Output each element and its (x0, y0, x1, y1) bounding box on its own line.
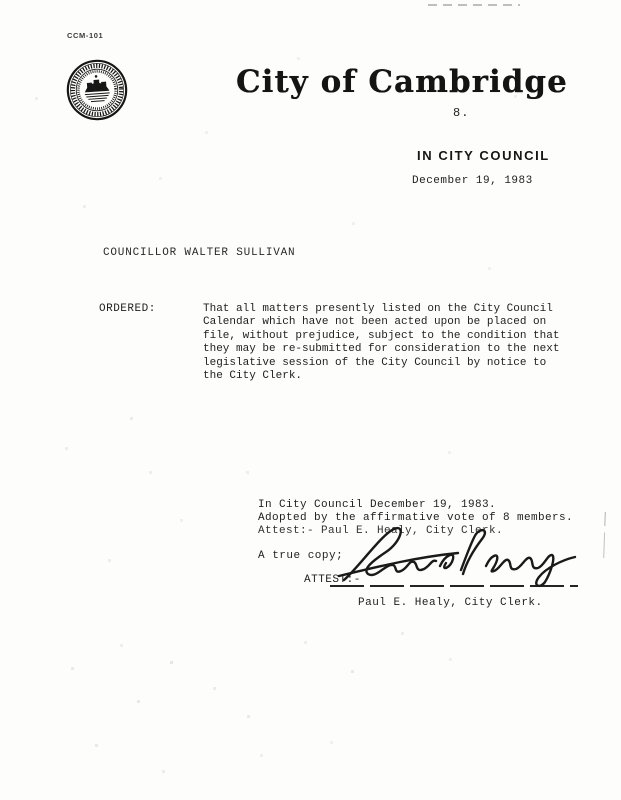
page-title: City of Cambridge (236, 64, 568, 100)
sponsor-line: COUNCILLOR WALTER SULLIVAN (103, 247, 295, 259)
order-line: file, without prejudice, subject to the … (203, 330, 571, 343)
page-number: 8. (453, 106, 469, 120)
order-line: legislative session of the City Council … (203, 357, 571, 370)
order-label: ORDERED: (99, 303, 156, 315)
true-copy-label: A true copy; (258, 550, 343, 562)
council-heading: IN CITY COUNCIL (417, 148, 550, 163)
order-body: That all matters presently listed on the… (203, 303, 571, 383)
scan-noise-speckles (0, 0, 1, 1)
council-date: December 19, 1983 (412, 175, 533, 187)
document-page: CCM-101 City of Cambridge 8. IN CITY COU… (0, 0, 621, 800)
order-line: Calendar which have not been acted upon … (203, 316, 571, 329)
signer-name-line: Paul E. Healy, City Clerk. (358, 597, 543, 609)
order-line: they may be re-submitted for considerati… (203, 343, 571, 356)
scan-artifact-top-dashes (428, 4, 520, 6)
order-line: the City Clerk. (203, 370, 571, 383)
scan-artifact-edge-mark (603, 512, 606, 558)
form-number: CCM-101 (67, 31, 103, 40)
clerk-signature (336, 524, 578, 590)
adoption-line: In City Council December 19, 1983. (258, 499, 573, 512)
city-seal-icon (64, 57, 130, 123)
order-line: That all matters presently listed on the… (203, 303, 571, 316)
